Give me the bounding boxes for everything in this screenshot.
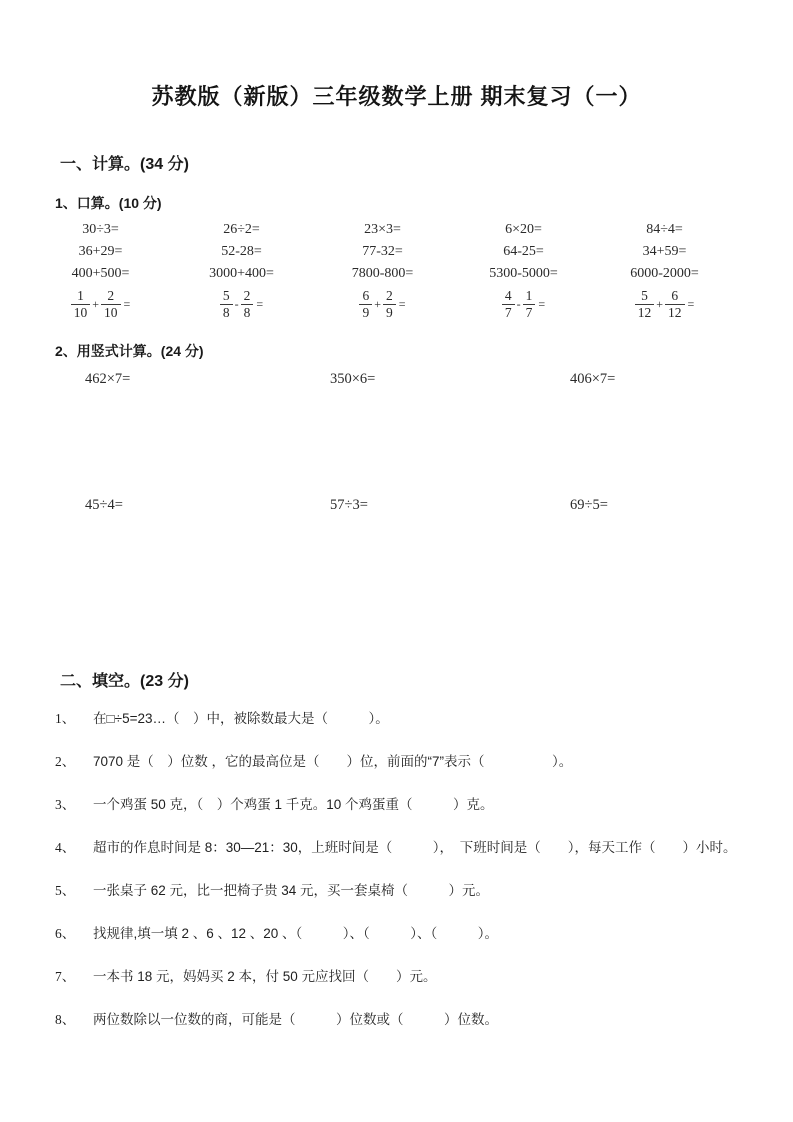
denominator: 7 — [523, 304, 536, 321]
question-text: 一个鸡蛋 50 克，（ ）个鸡蛋 1 千克。10 个鸡蛋重（ ）克。 — [93, 793, 793, 813]
denominator: 12 — [635, 304, 655, 321]
numerator: 4 — [502, 288, 515, 304]
fill-blank-question: 4、超市的作息时间是 8：30—21：30，上班时间是（ ）， 下班时间是（ ）… — [55, 836, 793, 879]
question-text: 一本书 18 元，妈妈买 2 本，付 50 元应找回（ ）元。 — [93, 965, 793, 985]
fraction-problem: 110+210= — [30, 282, 171, 326]
fraction-second: 210 — [101, 288, 121, 320]
vertical-problem: 406×7= — [570, 371, 793, 388]
question-text: 一张桌子 62 元，比一把椅子贵 34 元，买一套桌椅（ ）元。 — [93, 879, 793, 899]
numerator: 5 — [220, 288, 233, 304]
fraction-problem: 47-17= — [453, 282, 594, 326]
vertical-problems-row-1: 462×7=350×6=406×7= — [0, 371, 793, 388]
denominator: 7 — [502, 304, 515, 321]
oral-problem: 36+29= — [30, 241, 171, 263]
operator-sign: + — [372, 297, 383, 312]
vertical-problem: 69÷5= — [570, 497, 793, 514]
oral-problem: 64-25= — [453, 241, 594, 263]
operator-sign: + — [90, 297, 101, 312]
fraction-first: 58 — [220, 288, 233, 320]
oral-calc-heading: 1、口算。(10 分) — [55, 193, 162, 213]
oral-problem: 26÷2= — [171, 219, 312, 241]
equals-sign: = — [396, 297, 406, 312]
operator-sign: - — [233, 297, 241, 312]
numerator: 2 — [104, 288, 117, 304]
denominator: 10 — [101, 304, 121, 321]
numerator: 2 — [383, 288, 396, 304]
fill-blank-question: 1、在□÷5=23…（ ）中，被除数最大是（ ）。 — [55, 707, 793, 750]
fill-blank-question: 7、一本书 18 元，妈妈买 2 本，付 50 元应找回（ ）元。 — [55, 965, 793, 1008]
fraction-expression: 512+612= — [635, 288, 695, 320]
question-text: 7070 是（ ）位数 ，它的最高位是（ ）位，前面的“7”表示（ ）。 — [93, 750, 793, 770]
fraction-problem: 69+29= — [312, 282, 453, 326]
question-number: 3、 — [55, 793, 93, 813]
denominator: 8 — [241, 304, 254, 321]
oral-problem: 52-28= — [171, 241, 312, 263]
fill-blank-question: 2、7070 是（ ）位数 ，它的最高位是（ ）位，前面的“7”表示（ ）。 — [55, 750, 793, 793]
denominator: 12 — [665, 304, 685, 321]
vertical-calc-heading: 2、用竖式计算。(24 分) — [55, 341, 204, 361]
operator-sign: - — [515, 297, 523, 312]
oral-problem: 77-32= — [312, 241, 453, 263]
fraction-expression: 69+29= — [359, 288, 405, 320]
question-text: 找规律,填一填 2 、6 、12 、20 、（ ）、（ ）、（ ）。 — [93, 922, 793, 942]
fraction-problem: 58-28= — [171, 282, 312, 326]
fraction-first: 110 — [71, 288, 91, 320]
worksheet-title: 苏教版（新版）三年级数学上册 期末复习（一） — [0, 80, 793, 111]
oral-problem: 34+59= — [594, 241, 735, 263]
section2-heading: 二、填空。(23 分) — [60, 668, 189, 691]
oral-problems-grid: 30÷3=26÷2=23×3=6×20=84÷4=36+29=52-28=77-… — [30, 219, 735, 285]
fraction-first: 512 — [635, 288, 655, 320]
question-number: 4、 — [55, 836, 93, 856]
fraction-problems-row: 110+210=58-28=69+29=47-17=512+612= — [30, 282, 735, 326]
fraction-second: 28 — [241, 288, 254, 320]
denominator: 8 — [220, 304, 233, 321]
denominator: 9 — [383, 304, 396, 321]
question-number: 5、 — [55, 879, 93, 899]
fill-blank-question: 5、一张桌子 62 元，比一把椅子贵 34 元，买一套桌椅（ ）元。 — [55, 879, 793, 922]
numerator: 6 — [359, 288, 372, 304]
fraction-expression: 58-28= — [220, 288, 263, 320]
operator-sign: + — [654, 297, 665, 312]
denominator: 9 — [359, 304, 372, 321]
denominator: 10 — [71, 304, 91, 321]
question-text: 超市的作息时间是 8：30—21：30，上班时间是（ ）， 下班时间是（ ），每… — [93, 836, 793, 856]
oral-problem: 6×20= — [453, 219, 594, 241]
equals-sign: = — [253, 297, 263, 312]
fraction-second: 17 — [523, 288, 536, 320]
question-text: 在□÷5=23…（ ）中，被除数最大是（ ）。 — [93, 707, 793, 727]
numerator: 5 — [638, 288, 651, 304]
vertical-problem: 350×6= — [330, 371, 570, 388]
oral-problem: 30÷3= — [30, 219, 171, 241]
fill-blank-question: 6、找规律,填一填 2 、6 、12 、20 、（ ）、（ ）、（ ）。 — [55, 922, 793, 965]
vertical-problems-row-2: 45÷4=57÷3=69÷5= — [0, 497, 793, 514]
question-number: 7、 — [55, 965, 93, 985]
fraction-first: 47 — [502, 288, 515, 320]
fraction-second: 612 — [665, 288, 685, 320]
numerator: 2 — [241, 288, 254, 304]
fraction-second: 29 — [383, 288, 396, 320]
vertical-problem: 45÷4= — [85, 497, 330, 514]
fraction-expression: 110+210= — [71, 288, 131, 320]
numerator: 6 — [668, 288, 681, 304]
numerator: 1 — [523, 288, 536, 304]
question-text: 两位数除以一位数的商，可能是（ ）位数或（ ）位数。 — [93, 1008, 793, 1028]
numerator: 1 — [74, 288, 87, 304]
section1-heading: 一、计算。(34 分) — [60, 151, 189, 174]
question-number: 1、 — [55, 707, 93, 727]
question-number: 6、 — [55, 922, 93, 942]
fill-blank-question: 8、两位数除以一位数的商，可能是（ ）位数或（ ）位数。 — [55, 1008, 793, 1051]
fraction-first: 69 — [359, 288, 372, 320]
fraction-expression: 47-17= — [502, 288, 545, 320]
fill-blank-question: 3、一个鸡蛋 50 克，（ ）个鸡蛋 1 千克。10 个鸡蛋重（ ）克。 — [55, 793, 793, 836]
fill-blank-questions: 1、在□÷5=23…（ ）中，被除数最大是（ ）。2、7070 是（ ）位数 ，… — [55, 707, 793, 1051]
equals-sign: = — [685, 297, 695, 312]
equals-sign: = — [535, 297, 545, 312]
oral-problem: 84÷4= — [594, 219, 735, 241]
vertical-problem: 57÷3= — [330, 497, 570, 514]
question-number: 2、 — [55, 750, 93, 770]
equals-sign: = — [121, 297, 131, 312]
fraction-problem: 512+612= — [594, 282, 735, 326]
vertical-problem: 462×7= — [85, 371, 330, 388]
oral-problem: 23×3= — [312, 219, 453, 241]
worksheet-page: 苏教版（新版）三年级数学上册 期末复习（一） 一、计算。(34 分) 1、口算。… — [0, 0, 793, 1122]
question-number: 8、 — [55, 1008, 93, 1028]
